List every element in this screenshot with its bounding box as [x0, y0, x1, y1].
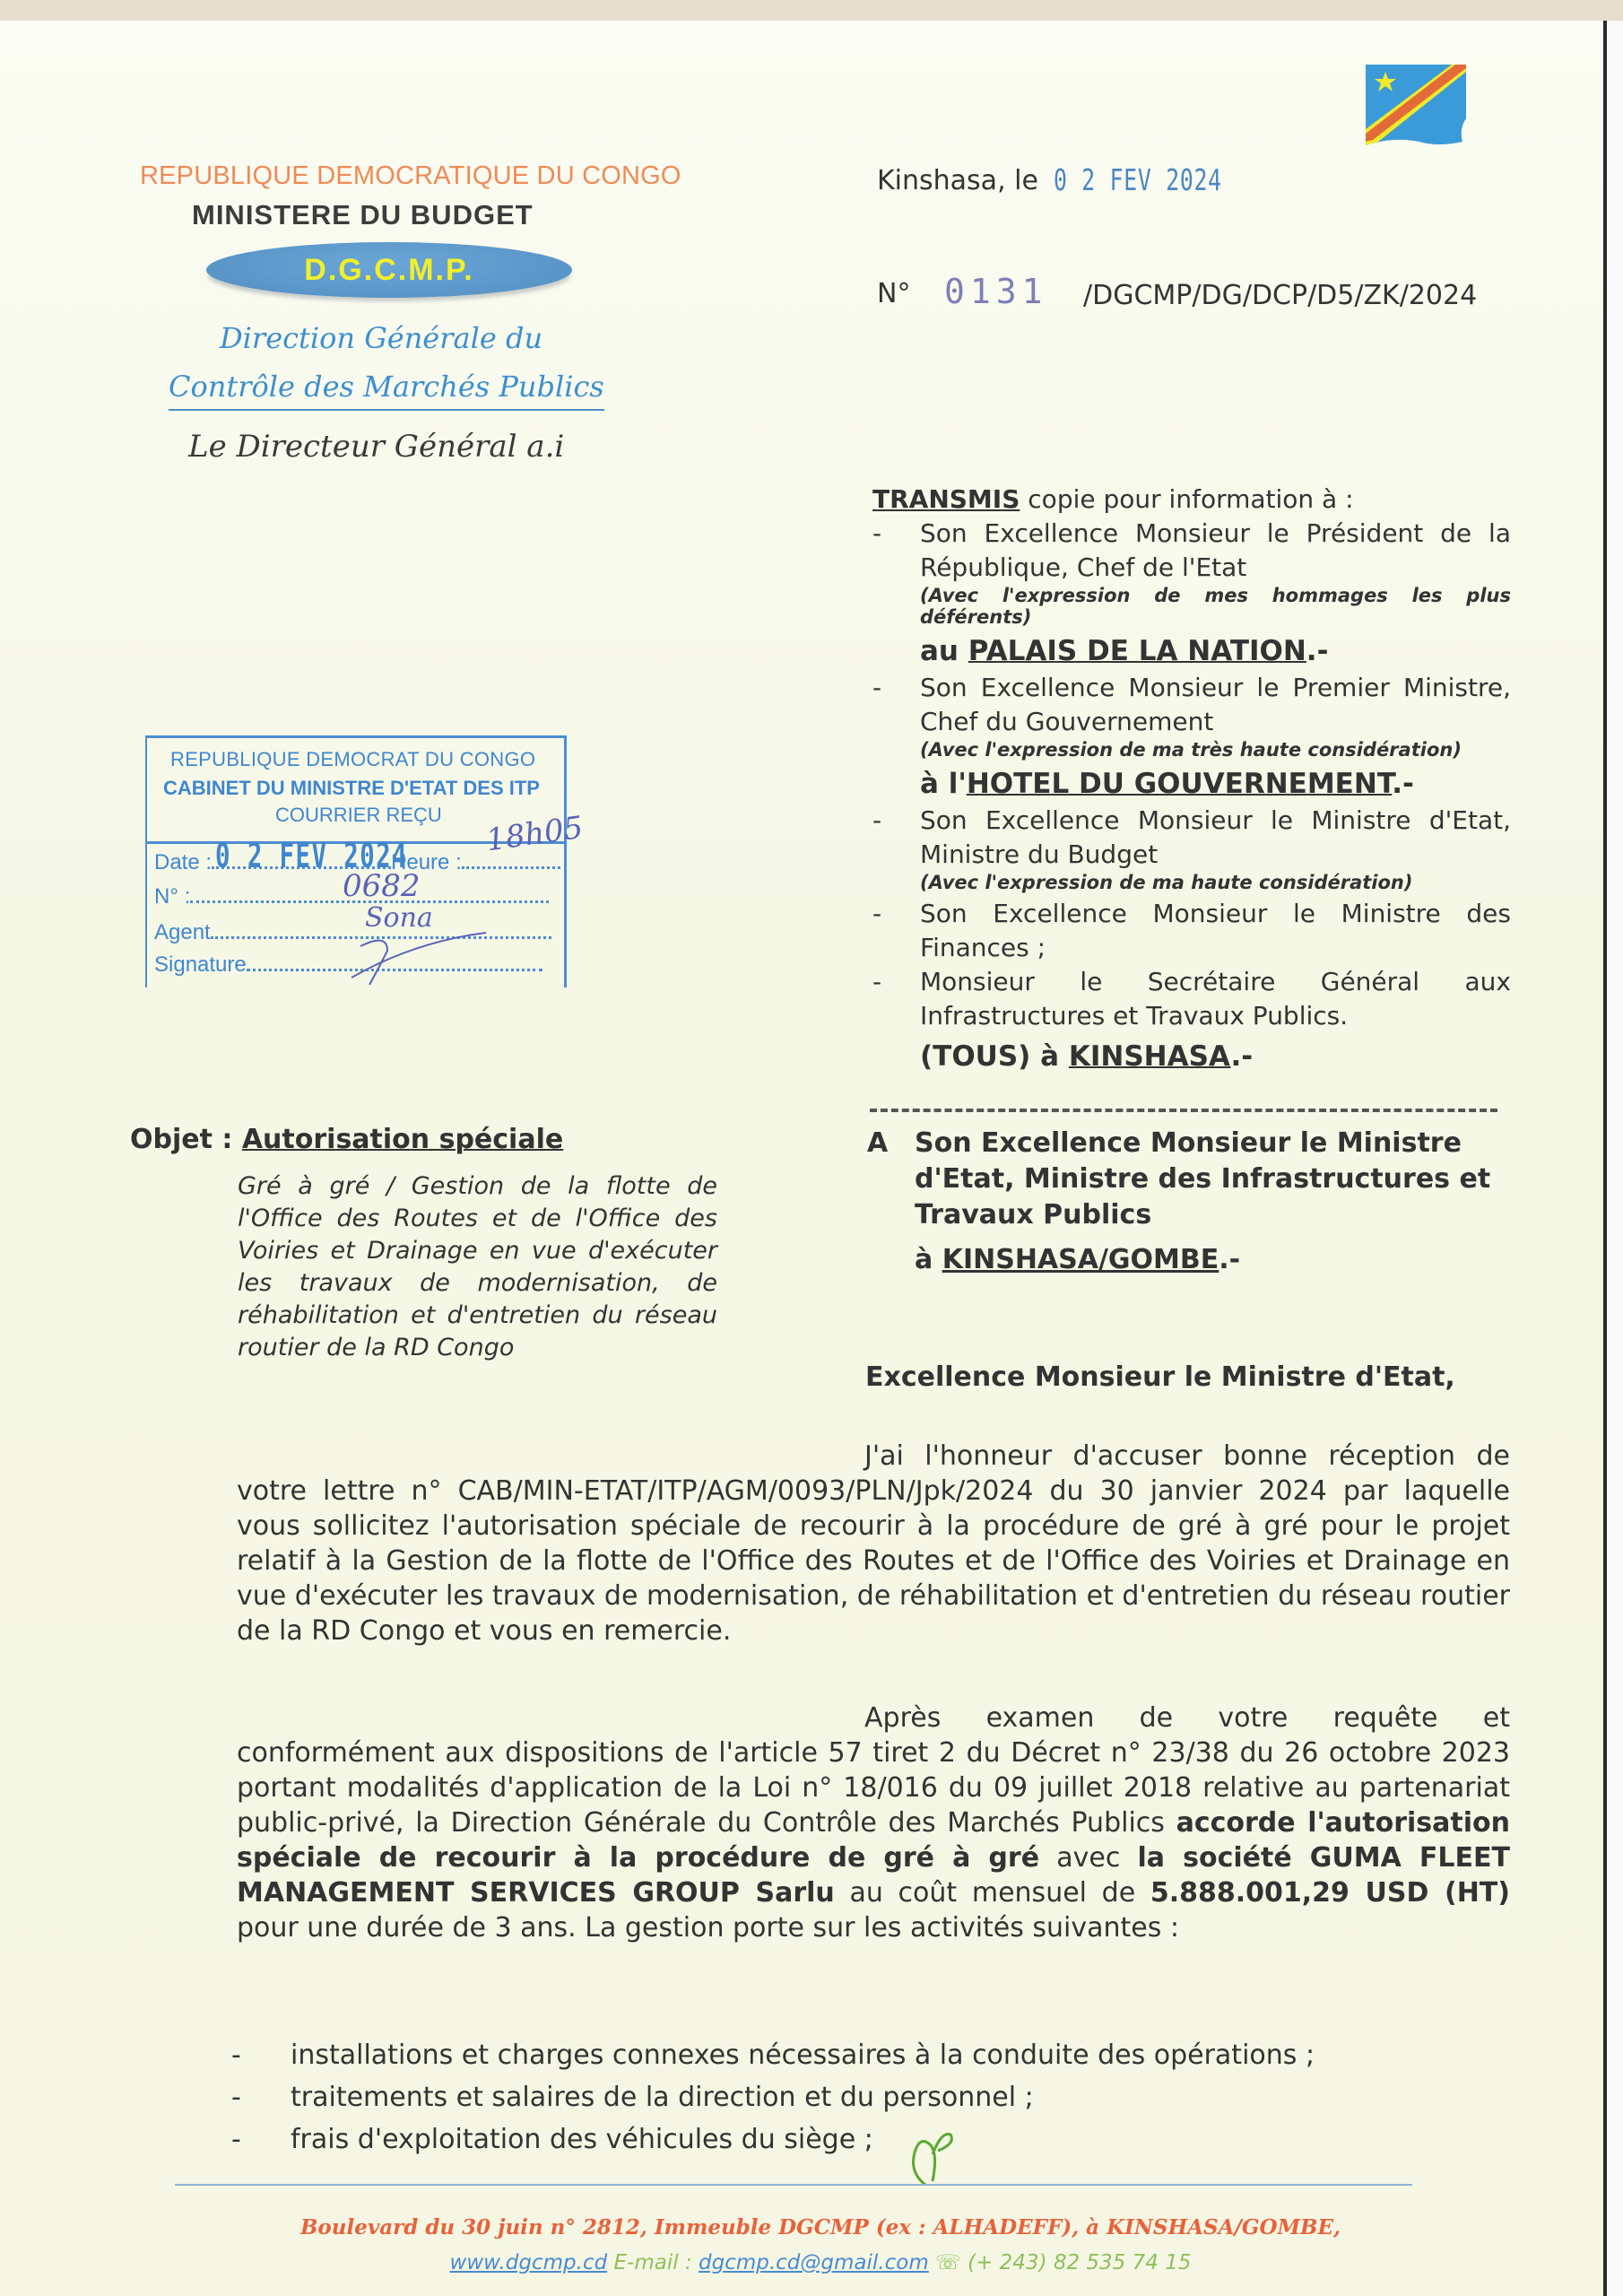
received-stamp: REPUBLIQUE DEMOCRAT DU CONGO CABINET DU …	[145, 726, 571, 987]
activity-item: -installations et charges connexes néces…	[231, 2034, 1487, 2076]
activity-item: -traitements et salaires de la direction…	[231, 2076, 1487, 2118]
subject-heading: Objet : Autorisation spéciale	[130, 1124, 563, 1155]
dashed-separator	[870, 1109, 1497, 1112]
scan-top-band	[0, 0, 1623, 21]
phone-icon: ☏	[935, 2251, 961, 2274]
stamp-line-3: COURRIER REÇU	[275, 804, 442, 827]
copy-note: (Avec l'expression de mes hommages les p…	[872, 585, 1511, 628]
copies-all-destination: (TOUS) à KINSHASA.-	[872, 1037, 1511, 1076]
email-label: E-mail :	[614, 2251, 692, 2274]
website-link[interactable]: www.dgcmp.cd	[450, 2251, 608, 2274]
copy-destination: à l'HOTEL DU GOUVERNEMENT.-	[872, 764, 1511, 804]
footer-contact: www.dgcmp.cd E-mail : dgcmp.cd@gmail.com…	[242, 2251, 1399, 2274]
subject-description: Gré à gré / Gestion de la flotte de l'Of…	[238, 1170, 717, 1364]
scan-margin	[1607, 21, 1623, 2296]
copy-recipient: -Son Excellence Monsieur le Président de…	[872, 517, 1511, 585]
footer-divider	[175, 2184, 1412, 2186]
reference-code: /DGCMP/DG/DCP/D5/ZK/2024	[1083, 280, 1477, 311]
reference-number: 0131	[944, 272, 1048, 311]
signatory-title: Le Directeur Général a.i	[188, 429, 564, 465]
activities-list: -installations et charges connexes néces…	[231, 2034, 1487, 2161]
addressee-block: A Son Excellence Monsieur le Ministre d'…	[867, 1126, 1513, 1278]
phone-number: (+ 243) 82 535 74 15	[968, 2251, 1191, 2274]
country-name: REPUBLIQUE DEMOCRATIQUE DU CONGO	[140, 161, 681, 191]
dgcmp-acronym: D.G.C.M.P.	[304, 253, 473, 288]
reference-label: N°	[877, 278, 910, 309]
copy-note: (Avec l'expression de ma très haute cons…	[872, 739, 1511, 761]
copy-recipient: -Monsieur le Secrétaire Général aux Infr…	[872, 965, 1511, 1033]
drc-flag-icon	[1366, 65, 1466, 151]
footer-address: Boulevard du 30 juin n° 2812, Immeuble D…	[242, 2215, 1399, 2239]
body-paragraph-1: J'ai l'honneur d'accuser bonne réception…	[237, 1439, 1510, 1648]
email-link[interactable]: dgcmp.cd@gmail.com	[699, 2251, 929, 2274]
initials-paraph-icon	[906, 2127, 959, 2190]
stamp-line-2: CABINET DU MINISTRE D'ETAT DES ITP	[163, 777, 540, 800]
copy-note: (Avec l'expression de ma haute considéra…	[872, 872, 1511, 893]
addressee-name: Son Excellence Monsieur le Ministre d'Et…	[867, 1126, 1513, 1233]
direction-line-1: Direction Générale du	[220, 321, 542, 355]
body-paragraph-2: Après examen de votre requête et conform…	[237, 1700, 1510, 1945]
addressee-destination: à KINSHASA/GOMBE.-	[867, 1242, 1513, 1278]
activity-item: -frais d'exploitation des véhicules du s…	[231, 2118, 1487, 2161]
copy-recipient: -Son Excellence Monsieur le Premier Mini…	[872, 671, 1511, 739]
addressee-letter: A	[867, 1126, 888, 1161]
ministry-name: MINISTERE DU BUDGET	[192, 199, 534, 231]
copy-recipient: -Son Excellence Monsieur le Ministre d'E…	[872, 804, 1511, 872]
copy-destination: au PALAIS DE LA NATION.-	[872, 631, 1511, 671]
date-stamp: 0 2 FEV 2024	[1054, 162, 1222, 197]
salutation: Excellence Monsieur le Ministre d'Etat,	[865, 1361, 1455, 1393]
date-label: Kinshasa, le	[877, 165, 1038, 196]
dgcmp-logo: D.G.C.M.P.	[206, 242, 572, 298]
stamp-number-value: 0682	[343, 868, 421, 904]
copy-recipient: -Son Excellence Monsieur le Ministre des…	[872, 897, 1511, 965]
stamp-line-1: REPUBLIQUE DEMOCRAT DU CONGO	[170, 748, 535, 771]
direction-line-2: Contrôle des Marchés Publics	[169, 370, 604, 411]
copies-heading: TRANSMIS copie pour information à :	[872, 483, 1511, 517]
stamp-signature-icon	[334, 924, 495, 987]
copies-list: TRANSMIS copie pour information à : -Son…	[872, 483, 1511, 1076]
